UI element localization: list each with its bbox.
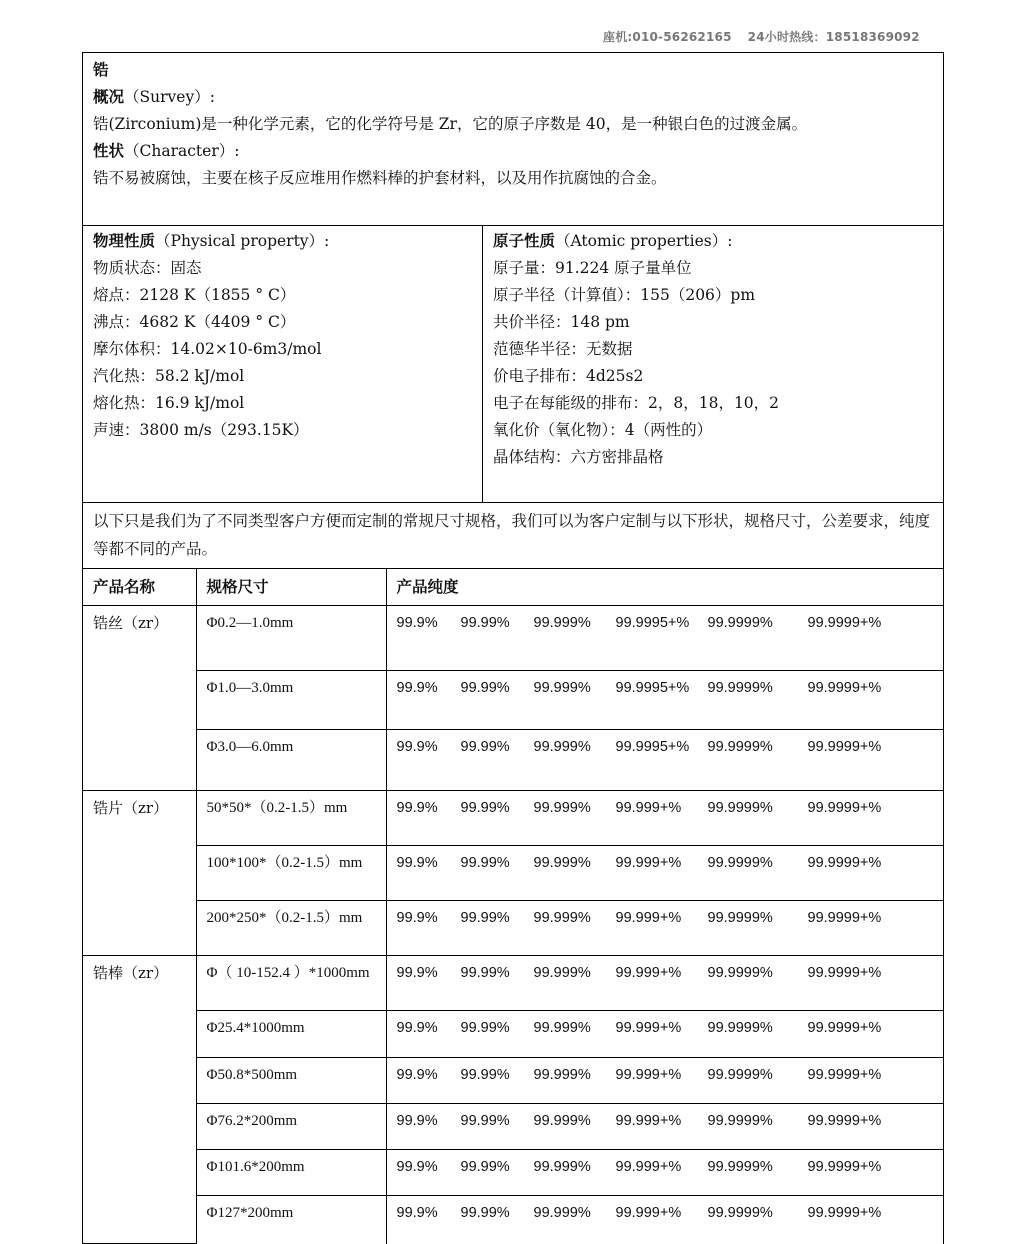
purity-value: 99.99%: [461, 795, 534, 822]
purity-value: 99.999%: [534, 795, 616, 822]
product-name-cell: 锆棒（zr）: [83, 956, 196, 1244]
purity-value: 99.9999%: [708, 795, 808, 822]
purity-list: 99.9%99.99%99.999%99.999+%99.9999%99.999…: [397, 1154, 934, 1181]
purity-value: 99.999+%: [616, 960, 708, 987]
purity-value: 99.9999%: [708, 1015, 808, 1042]
purity-value: 99.9999%: [708, 905, 808, 932]
product-spec-table: 产品名称 规格尺寸 产品纯度 锆丝（zr）Φ0.2—1.0mm99.9%99.9…: [83, 569, 943, 1244]
purity-value: 99.9%: [397, 1108, 461, 1135]
purity-value: 99.999%: [534, 1062, 616, 1089]
purity-cell: 99.9%99.99%99.999%99.999+%99.9999%99.999…: [386, 1058, 943, 1104]
purity-value: 99.99%: [461, 1108, 534, 1135]
purity-value: 99.9999%: [708, 850, 808, 877]
purity-value: 99.99%: [461, 610, 534, 637]
intro-section: 锆 概况（Survey）: 锆(Zirconium)是一种化学元素，它的化学符号…: [83, 53, 943, 226]
survey-text: 锆(Zirconium)是一种化学元素，它的化学符号是 Zr，它的原子序数是 4…: [93, 111, 933, 138]
purity-value: 99.9999+%: [808, 1200, 898, 1227]
element-title: 锆: [93, 57, 933, 84]
atomic-item: 原子半径（计算值）：155（206）pm: [493, 282, 933, 309]
purity-value: 99.9%: [397, 675, 461, 702]
purity-value: 99.9995+%: [616, 610, 708, 637]
purity-value: 99.999%: [534, 734, 616, 761]
purity-value: 99.999+%: [616, 1062, 708, 1089]
customization-notice: 以下只是我们为了不同类型客户方便而定制的常规尺寸规格，我们可以为客户定制与以下形…: [83, 503, 943, 569]
purity-cell: 99.9%99.99%99.999%99.999+%99.9999%99.999…: [386, 1104, 943, 1150]
product-sheet: 锆 概况（Survey）: 锆(Zirconium)是一种化学元素，它的化学符号…: [82, 52, 944, 1244]
purity-value: 99.999%: [534, 610, 616, 637]
header-product-name: 产品名称: [83, 569, 196, 606]
atomic-heading-en: （Atomic properties）:: [555, 232, 732, 250]
atomic-heading-line: 原子性质（Atomic properties）:: [493, 228, 933, 255]
purity-list: 99.9%99.99%99.999%99.9995+%99.9999%99.99…: [397, 675, 934, 702]
physical-item: 摩尔体积：14.02×10-6m3/mol: [93, 336, 472, 363]
physical-heading: 物理性质: [93, 232, 155, 250]
purity-value: 99.9999+%: [808, 960, 898, 987]
physical-item: 熔化热：16.9 kJ/mol: [93, 390, 472, 417]
purity-value: 99.999%: [534, 905, 616, 932]
spec-size-cell: Φ（ 10-152.4 ）*1000mm: [196, 956, 386, 1011]
purity-value: 99.99%: [461, 675, 534, 702]
character-text: 锆不易被腐蚀，主要在核子反应堆用作燃料棒的护套材料，以及用作抗腐蚀的合金。: [93, 165, 933, 192]
survey-heading-line: 概况（Survey）:: [93, 84, 933, 111]
atomic-item: 价电子排布：4d25s2: [493, 363, 933, 390]
purity-value: 99.999+%: [616, 1015, 708, 1042]
physical-heading-line: 物理性质（Physical property）:: [93, 228, 472, 255]
purity-value: 99.999%: [534, 675, 616, 702]
purity-value: 99.9%: [397, 905, 461, 932]
physical-item: 熔点：2128 K（1855 ° C）: [93, 282, 472, 309]
atomic-item: 范德华半径：无数据: [493, 336, 933, 363]
purity-value: 99.9999+%: [808, 1108, 898, 1135]
spec-size-cell: Φ1.0—3.0mm: [196, 671, 386, 730]
character-heading-line: 性状（Character）:: [93, 138, 933, 165]
purity-value: 99.9999%: [708, 1200, 808, 1227]
purity-list: 99.9%99.99%99.999%99.999+%99.9999%99.999…: [397, 1062, 934, 1089]
purity-value: 99.9%: [397, 960, 461, 987]
purity-value: 99.999%: [534, 1154, 616, 1181]
purity-value: 99.9999+%: [808, 1015, 898, 1042]
purity-list: 99.9%99.99%99.999%99.999+%99.9999%99.999…: [397, 1015, 934, 1042]
spec-size-cell: 50*50*（0.2-1.5）mm: [196, 791, 386, 846]
purity-value: 99.99%: [461, 960, 534, 987]
purity-value: 99.9%: [397, 795, 461, 822]
purity-value: 99.9999%: [708, 960, 808, 987]
character-heading: 性状: [93, 142, 124, 160]
table-row: 锆棒（zr）Φ（ 10-152.4 ）*1000mm99.9%99.99%99.…: [83, 956, 943, 1011]
table-row: 锆片（zr）50*50*（0.2-1.5）mm99.9%99.99%99.999…: [83, 791, 943, 846]
spec-size-cell: Φ3.0—6.0mm: [196, 730, 386, 791]
purity-value: 99.9999%: [708, 610, 808, 637]
purity-value: 99.9999%: [708, 675, 808, 702]
purity-list: 99.9%99.99%99.999%99.999+%99.9999%99.999…: [397, 905, 934, 932]
product-name-cell: 锆丝（zr）: [83, 606, 196, 791]
purity-value: 99.99%: [461, 850, 534, 877]
spec-size-cell: 100*100*（0.2-1.5）mm: [196, 846, 386, 901]
purity-value: 99.9%: [397, 850, 461, 877]
purity-value: 99.9999%: [708, 1154, 808, 1181]
physical-item: 声速：3800 m/s（293.15K）: [93, 417, 472, 444]
survey-heading-en: （Survey）:: [124, 88, 215, 106]
purity-value: 99.9999+%: [808, 795, 898, 822]
purity-value: 99.9999+%: [808, 734, 898, 761]
purity-value: 99.9%: [397, 1200, 461, 1227]
purity-cell: 99.9%99.99%99.999%99.999+%99.9999%99.999…: [386, 956, 943, 1011]
purity-value: 99.9%: [397, 1154, 461, 1181]
spec-size-cell: 200*250*（0.2-1.5）mm: [196, 901, 386, 956]
physical-heading-en: （Physical property）:: [155, 232, 329, 250]
purity-cell: 99.9%99.99%99.999%99.9995+%99.9999%99.99…: [386, 730, 943, 791]
purity-value: 99.999%: [534, 1200, 616, 1227]
purity-value: 99.99%: [461, 1062, 534, 1089]
purity-value: 99.999+%: [616, 1154, 708, 1181]
purity-value: 99.9%: [397, 734, 461, 761]
table-row: Φ76.2*200mm99.9%99.99%99.999%99.999+%99.…: [83, 1104, 943, 1150]
purity-cell: 99.9%99.99%99.999%99.999+%99.9999%99.999…: [386, 1150, 943, 1196]
atomic-item: 晶体结构：六方密排晶格: [493, 444, 933, 471]
purity-value: 99.99%: [461, 1015, 534, 1042]
purity-value: 99.9999+%: [808, 610, 898, 637]
purity-value: 99.9999+%: [808, 905, 898, 932]
purity-cell: 99.9%99.99%99.999%99.999+%99.9999%99.999…: [386, 1011, 943, 1058]
purity-cell: 99.9%99.99%99.999%99.999+%99.9999%99.999…: [386, 846, 943, 901]
purity-value: 99.999%: [534, 960, 616, 987]
purity-value: 99.9%: [397, 1015, 461, 1042]
physical-item: 汽化热：58.2 kJ/mol: [93, 363, 472, 390]
purity-cell: 99.9%99.99%99.999%99.999+%99.9999%99.999…: [386, 791, 943, 846]
purity-list: 99.9%99.99%99.999%99.999+%99.9999%99.999…: [397, 795, 934, 822]
atomic-item: 共价半径：148 pm: [493, 309, 933, 336]
spec-size-cell: Φ50.8*500mm: [196, 1058, 386, 1104]
atomic-item: 氧化价（氧化物）：4（两性的）: [493, 417, 933, 444]
purity-value: 99.999+%: [616, 905, 708, 932]
purity-value: 99.9999+%: [808, 1154, 898, 1181]
purity-value: 99.999+%: [616, 1108, 708, 1135]
physical-item: 沸点：4682 K（4409 ° C）: [93, 309, 472, 336]
survey-heading: 概况: [93, 88, 124, 106]
character-heading-en: （Character）:: [124, 142, 239, 160]
hotline-number: 24小时热线：18518369092: [748, 30, 920, 44]
landline-number: 座机:010-56262165: [603, 30, 732, 44]
product-name-cell: 锆片（zr）: [83, 791, 196, 956]
purity-cell: 99.9%99.99%99.999%99.999+%99.9999%99.999…: [386, 901, 943, 956]
physical-properties: 物理性质（Physical property）: 物质状态：固态 熔点：2128…: [83, 226, 483, 502]
spec-size-cell: Φ0.2—1.0mm: [196, 606, 386, 671]
purity-value: 99.999%: [534, 850, 616, 877]
purity-value: 99.9999%: [708, 1062, 808, 1089]
atomic-item: 电子在每能级的排布：2，8，18，10，2: [493, 390, 933, 417]
contact-header: 座机:010-5626216524小时热线：18518369092: [603, 28, 936, 45]
table-row: Φ127*200mm99.9%99.99%99.999%99.999+%99.9…: [83, 1196, 943, 1244]
purity-list: 99.9%99.99%99.999%99.999+%99.9999%99.999…: [397, 850, 934, 877]
purity-value: 99.9999+%: [808, 850, 898, 877]
purity-list: 99.9%99.99%99.999%99.999+%99.9999%99.999…: [397, 960, 934, 987]
table-row: Φ101.6*200mm99.9%99.99%99.999%99.999+%99…: [83, 1150, 943, 1196]
table-row: Φ1.0—3.0mm99.9%99.99%99.999%99.9995+%99.…: [83, 671, 943, 730]
purity-value: 99.99%: [461, 905, 534, 932]
table-row: Φ50.8*500mm99.9%99.99%99.999%99.999+%99.…: [83, 1058, 943, 1104]
atomic-heading: 原子性质: [493, 232, 555, 250]
purity-value: 99.99%: [461, 1200, 534, 1227]
spec-size-cell: Φ76.2*200mm: [196, 1104, 386, 1150]
purity-value: 99.9995+%: [616, 734, 708, 761]
purity-value: 99.99%: [461, 1154, 534, 1181]
purity-value: 99.9995+%: [616, 675, 708, 702]
atomic-properties: 原子性质（Atomic properties）: 原子量：91.224 原子量单…: [483, 226, 943, 502]
purity-value: 99.9%: [397, 610, 461, 637]
purity-cell: 99.9%99.99%99.999%99.999+%99.9999%99.999…: [386, 1196, 943, 1244]
purity-cell: 99.9%99.99%99.999%99.9995+%99.9999%99.99…: [386, 671, 943, 730]
spec-size-cell: Φ127*200mm: [196, 1196, 386, 1244]
table-row: Φ25.4*1000mm99.9%99.99%99.999%99.999+%99…: [83, 1011, 943, 1058]
purity-value: 99.999+%: [616, 795, 708, 822]
purity-list: 99.9%99.99%99.999%99.9995+%99.9999%99.99…: [397, 734, 934, 761]
table-row: 200*250*（0.2-1.5）mm99.9%99.99%99.999%99.…: [83, 901, 943, 956]
purity-value: 99.999%: [534, 1015, 616, 1042]
purity-list: 99.9%99.99%99.999%99.999+%99.9999%99.999…: [397, 1200, 934, 1227]
purity-value: 99.99%: [461, 734, 534, 761]
table-row: Φ3.0—6.0mm99.9%99.99%99.999%99.9995+%99.…: [83, 730, 943, 791]
purity-value: 99.999+%: [616, 850, 708, 877]
purity-cell: 99.9%99.99%99.999%99.9995+%99.9999%99.99…: [386, 606, 943, 671]
purity-list: 99.9%99.99%99.999%99.9995+%99.9999%99.99…: [397, 610, 934, 637]
purity-value: 99.999%: [534, 1108, 616, 1135]
atomic-item: 原子量：91.224 原子量单位: [493, 255, 933, 282]
properties-section: 物理性质（Physical property）: 物质状态：固态 熔点：2128…: [83, 226, 943, 503]
purity-list: 99.9%99.99%99.999%99.999+%99.9999%99.999…: [397, 1108, 934, 1135]
spec-size-cell: Φ101.6*200mm: [196, 1150, 386, 1196]
purity-value: 99.9%: [397, 1062, 461, 1089]
header-spec-size: 规格尺寸: [196, 569, 386, 606]
purity-value: 99.9999%: [708, 734, 808, 761]
purity-value: 99.9999+%: [808, 1062, 898, 1089]
purity-value: 99.9999%: [708, 1108, 808, 1135]
table-row: 100*100*（0.2-1.5）mm99.9%99.99%99.999%99.…: [83, 846, 943, 901]
table-row: 锆丝（zr）Φ0.2—1.0mm99.9%99.99%99.999%99.999…: [83, 606, 943, 671]
purity-value: 99.9999+%: [808, 675, 898, 702]
purity-value: 99.999+%: [616, 1200, 708, 1227]
header-purity: 产品纯度: [386, 569, 943, 606]
spec-size-cell: Φ25.4*1000mm: [196, 1011, 386, 1058]
physical-item: 物质状态：固态: [93, 255, 472, 282]
table-header-row: 产品名称 规格尺寸 产品纯度: [83, 569, 943, 606]
